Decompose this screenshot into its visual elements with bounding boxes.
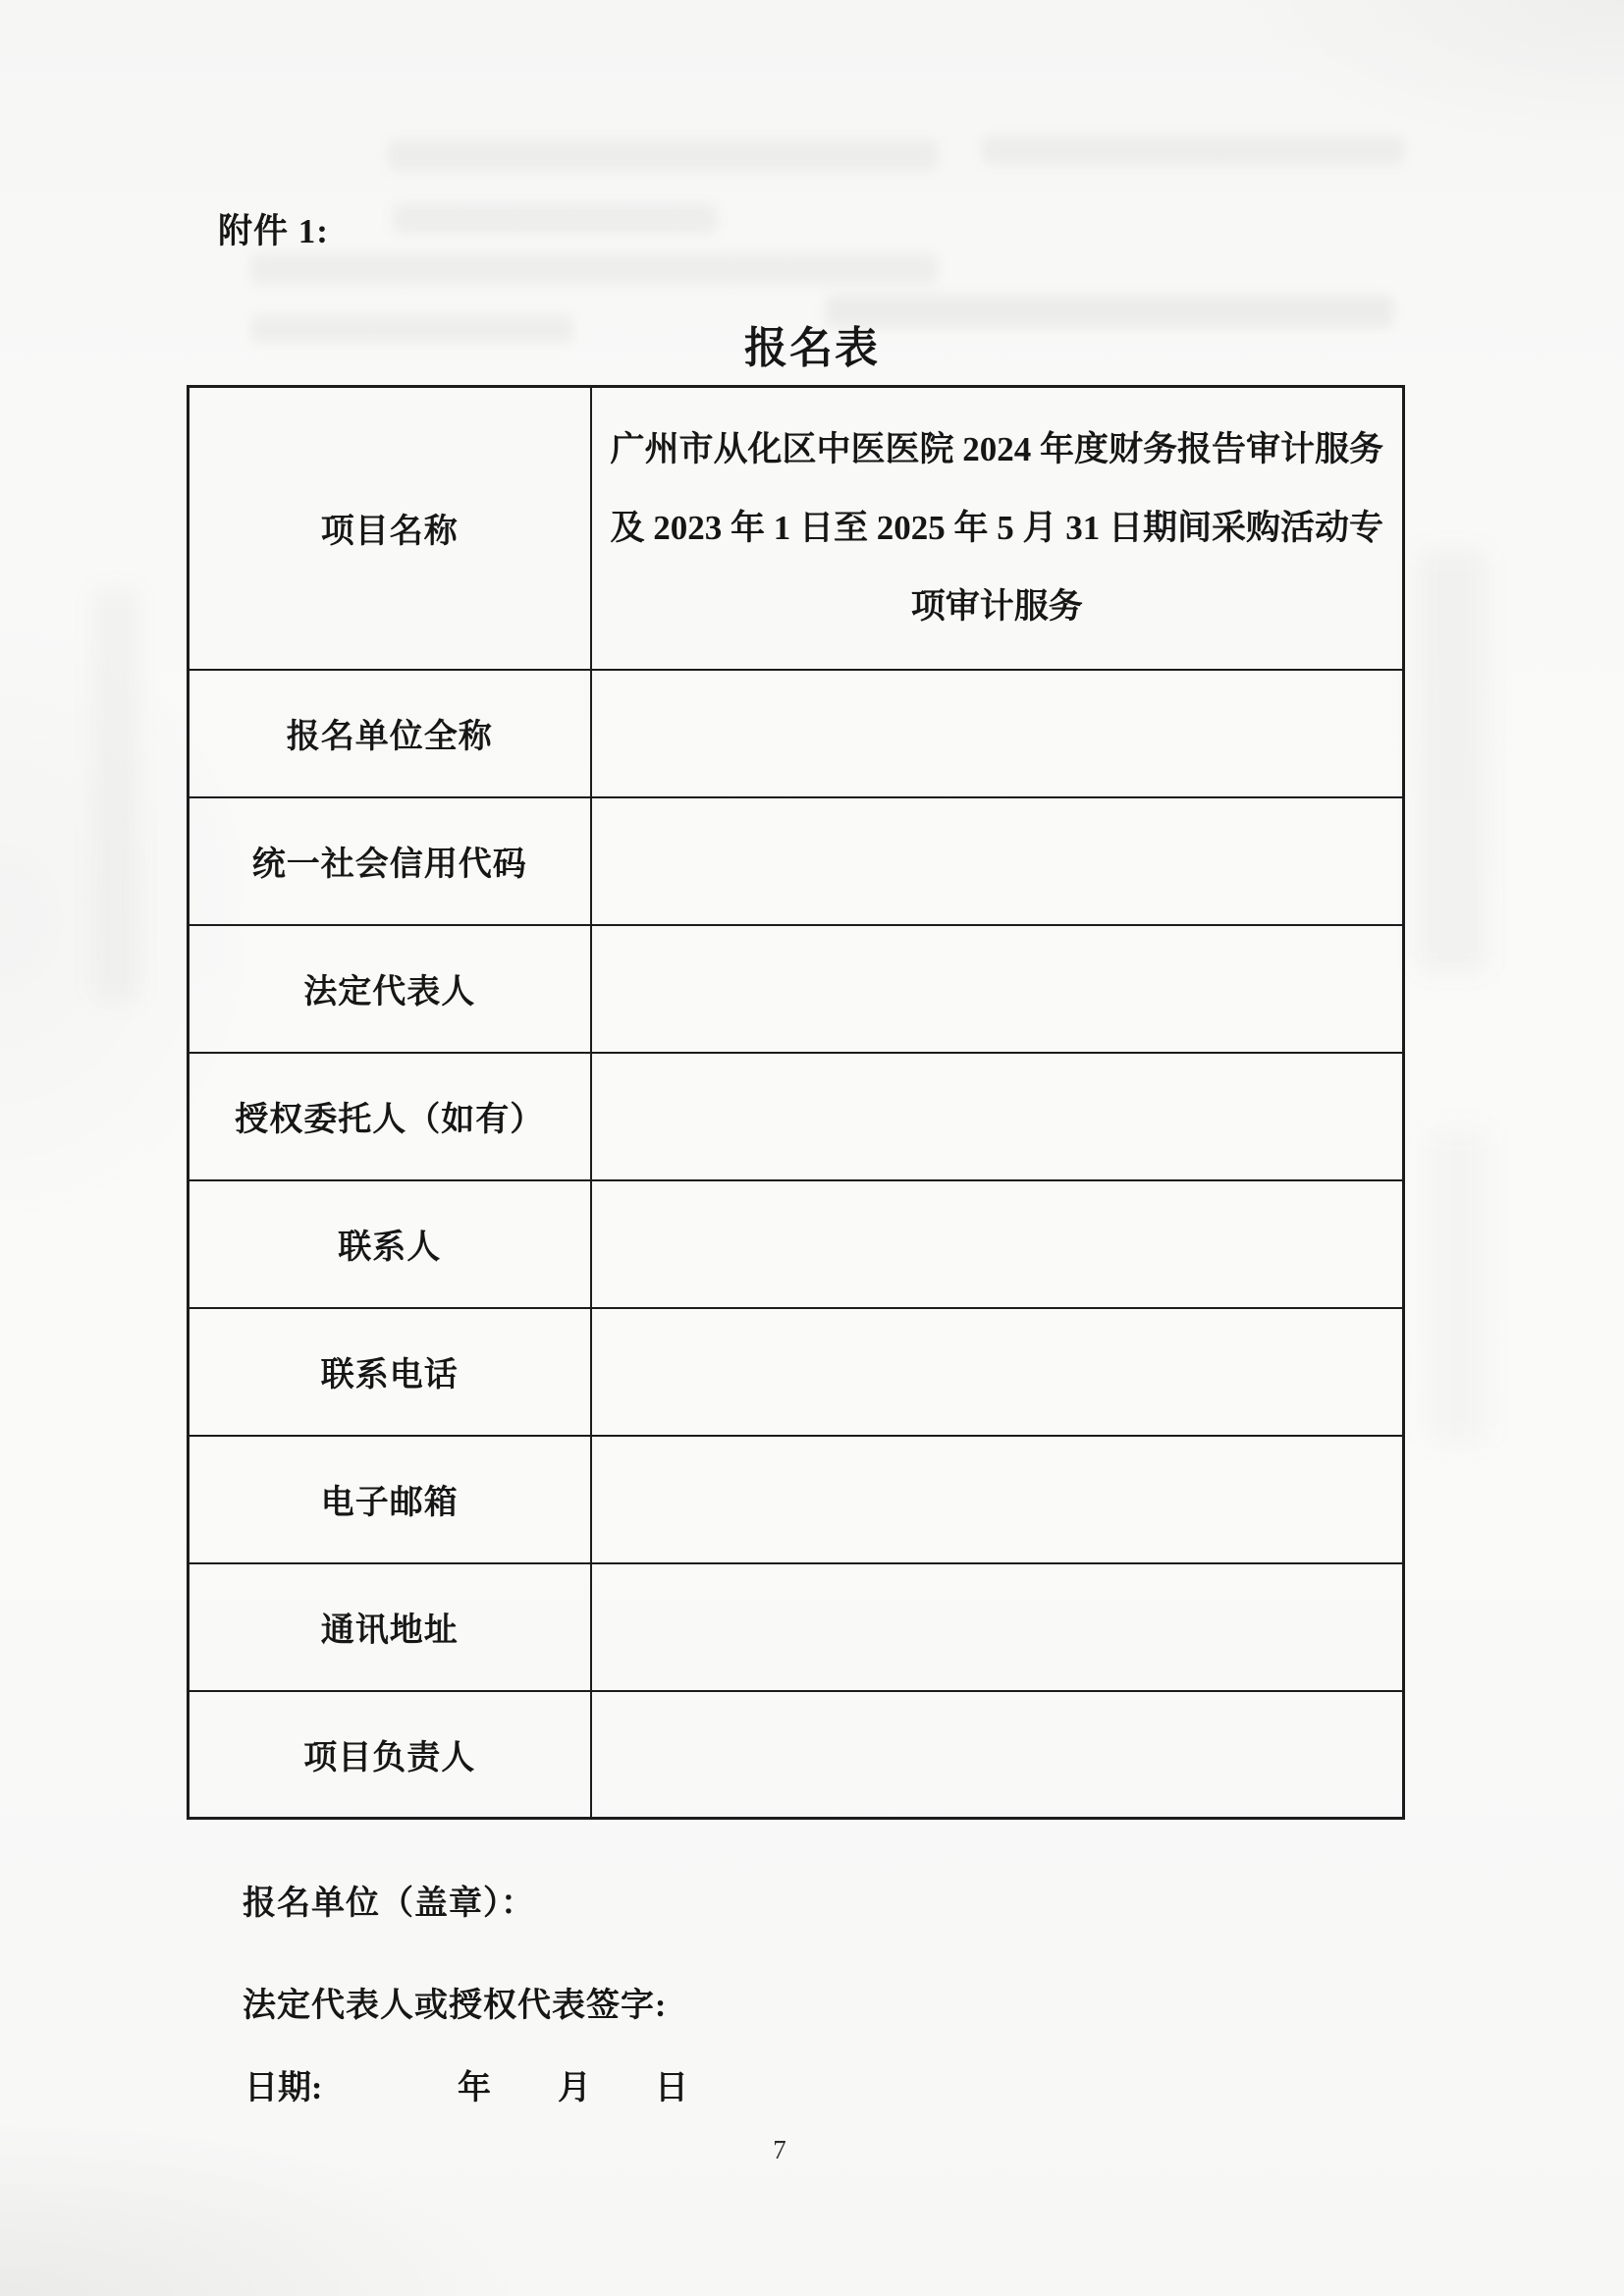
date-label: 日期: — [244, 2060, 322, 2108]
row-value-project-name: 广州市从化区中医医院 2024 年度财务报告审计服务 及 2023 年 1 日至… — [591, 387, 1404, 670]
scan-artifact — [250, 253, 938, 285]
table-row-project-leader: 项目负责人 — [189, 1691, 1404, 1819]
scan-artifact — [982, 136, 1404, 165]
row-value-contact-person — [591, 1180, 1404, 1308]
page-number: 7 — [731, 2135, 829, 2165]
seal-line: 报名单位（盖章）： — [243, 1876, 535, 1924]
date-year-label: 年 — [458, 2060, 491, 2108]
registration-form-table: 项目名称 广州市从化区中医医院 2024 年度财务报告审计服务 及 2023 年… — [187, 385, 1405, 1820]
table-row-contact-person: 联系人 — [189, 1180, 1404, 1308]
row-label-company-name: 报名单位全称 — [189, 670, 591, 797]
date-month-label: 月 — [558, 2060, 591, 2108]
table-row-email: 电子邮箱 — [189, 1436, 1404, 1563]
scan-artifact — [1429, 1129, 1488, 1444]
date-line: 日期: 年 月 日 — [244, 2060, 932, 2109]
table-row-project-name: 项目名称 广州市从化区中医医院 2024 年度财务报告审计服务 及 2023 年… — [189, 387, 1404, 670]
row-label-legal-representative: 法定代表人 — [189, 925, 591, 1053]
signature-line: 法定代表人或授权代表签字: — [243, 1978, 667, 2026]
row-value-mailing-address — [591, 1563, 1404, 1691]
scan-artifact — [1418, 550, 1487, 972]
row-label-project-name: 项目名称 — [189, 387, 591, 670]
row-label-authorized-agent: 授权委托人（如有） — [189, 1053, 591, 1180]
date-day-label: 日 — [655, 2060, 688, 2108]
row-value-email — [591, 1436, 1404, 1563]
table-row-contact-phone: 联系电话 — [189, 1308, 1404, 1436]
table-row-authorized-agent: 授权委托人（如有） — [189, 1053, 1404, 1180]
table-row-company-name: 报名单位全称 — [189, 670, 1404, 797]
row-label-mailing-address: 通讯地址 — [189, 1563, 591, 1691]
row-label-email: 电子邮箱 — [189, 1436, 591, 1563]
scan-artifact — [94, 589, 137, 1002]
row-value-credit-code — [591, 797, 1404, 925]
row-value-authorized-agent — [591, 1053, 1404, 1180]
attachment-label: 附件 1: — [218, 204, 329, 253]
row-value-project-leader — [591, 1691, 1404, 1819]
form-title: 报名表 — [0, 312, 1624, 375]
table-row-mailing-address: 通讯地址 — [189, 1563, 1404, 1691]
row-value-legal-representative — [591, 925, 1404, 1053]
row-label-contact-person: 联系人 — [189, 1180, 591, 1308]
row-label-project-leader: 项目负责人 — [189, 1691, 591, 1819]
row-value-company-name — [591, 670, 1404, 797]
scan-artifact — [393, 204, 717, 234]
row-label-contact-phone: 联系电话 — [189, 1308, 591, 1436]
table-row-credit-code: 统一社会信用代码 — [189, 797, 1404, 925]
document-page: 附件 1: 报名表 项目名称 广州市从化区中医医院 2024 年度财务报告审计服… — [0, 0, 1624, 2296]
table-row-legal-representative: 法定代表人 — [189, 925, 1404, 1053]
scan-artifact — [388, 139, 938, 171]
row-label-credit-code: 统一社会信用代码 — [189, 797, 591, 925]
row-value-contact-phone — [591, 1308, 1404, 1436]
